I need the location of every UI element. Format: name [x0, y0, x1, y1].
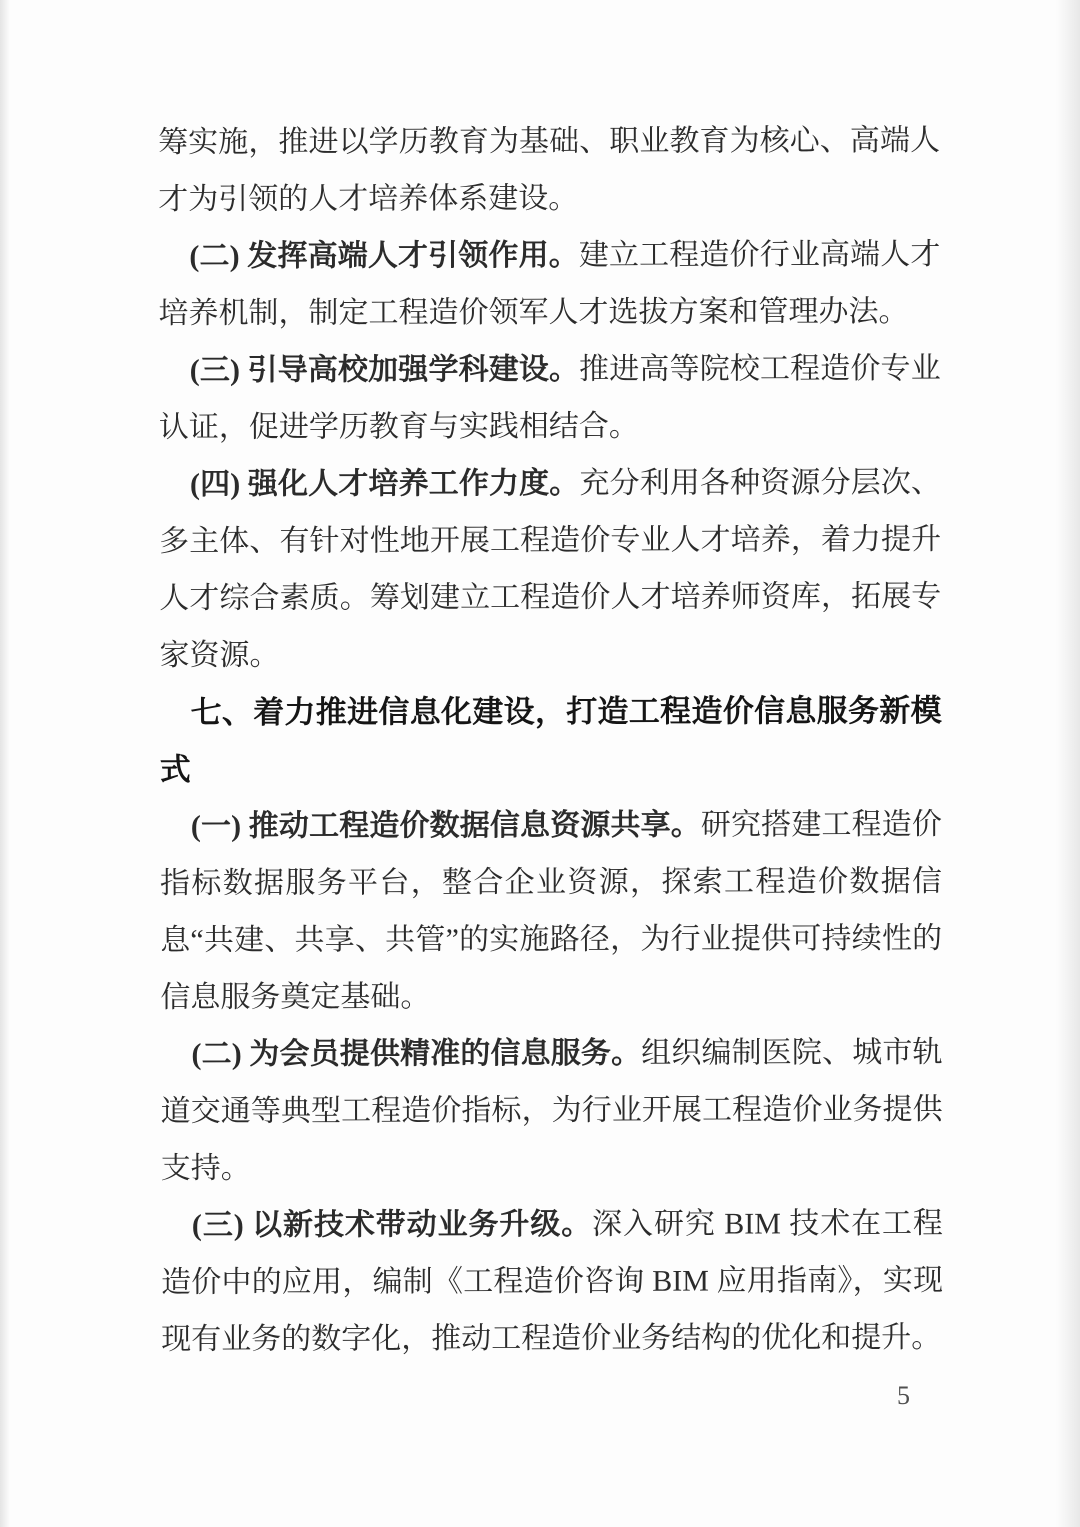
item-lead-bold: (三) 以新技术带动业务升级。: [192, 1208, 592, 1242]
section-7-heading: 七、着力推进信息化建设，打造工程造价信息服务新模式: [159, 682, 941, 798]
item-lead-bold: (二) 发挥高端人才引领作用。: [189, 239, 579, 273]
item-paragraph-info-3: (三) 以新技术带动业务升级。深入研究 BIM 技术在工程造价中的应用，编制《工…: [161, 1195, 943, 1368]
item-paragraph-info-1: (一) 推动工程造价数据信息资源共享。研究搭建工程造价指标数据服务平台，整合企业…: [160, 796, 943, 1026]
item-lead-bold: (二) 为会员提供精准的信息服务。: [191, 1037, 641, 1071]
item-lead-bold: (四) 强化人才培养工作力度。: [190, 467, 580, 501]
scan-edge-right: [1056, 0, 1080, 1527]
document-text-block: 筹实施，推进以学历教育为基础、职业教育为核心、高端人才为引领的人才培养体系建设。…: [158, 112, 943, 1368]
item-lead-bold: (一) 推动工程造价数据信息资源共享。: [191, 809, 701, 843]
item-paragraph-talent-4: (四) 强化人才培养工作力度。充分利用各种资源分层次、多主体、有针对性地开展工程…: [159, 454, 942, 684]
item-paragraph-talent-2: (二) 发挥高端人才引领作用。建立工程造价行业高端人才培养机制，制定工程造价领军…: [158, 226, 940, 342]
item-paragraph-info-2: (二) 为会员提供精准的信息服务。组织编制医院、城市轨道交通等典型工程造价指标，…: [160, 1024, 942, 1197]
page-number: 5: [897, 1381, 910, 1411]
continuation-paragraph: 筹实施，推进以学历教育为基础、职业教育为核心、高端人才为引领的人才培养体系建设。: [158, 112, 940, 228]
item-paragraph-talent-3: (三) 引导高校加强学科建设。推进高等院校工程造价专业认证，促进学历教育与实践相…: [159, 340, 941, 456]
item-lead-bold: (三) 引导高校加强学科建设。: [190, 353, 580, 387]
scan-edge-left: [0, 0, 10, 1527]
paragraph-text: 筹实施，推进以学历教育为基础、职业教育为核心、高端人才为引领的人才培养体系建设。: [158, 124, 940, 216]
